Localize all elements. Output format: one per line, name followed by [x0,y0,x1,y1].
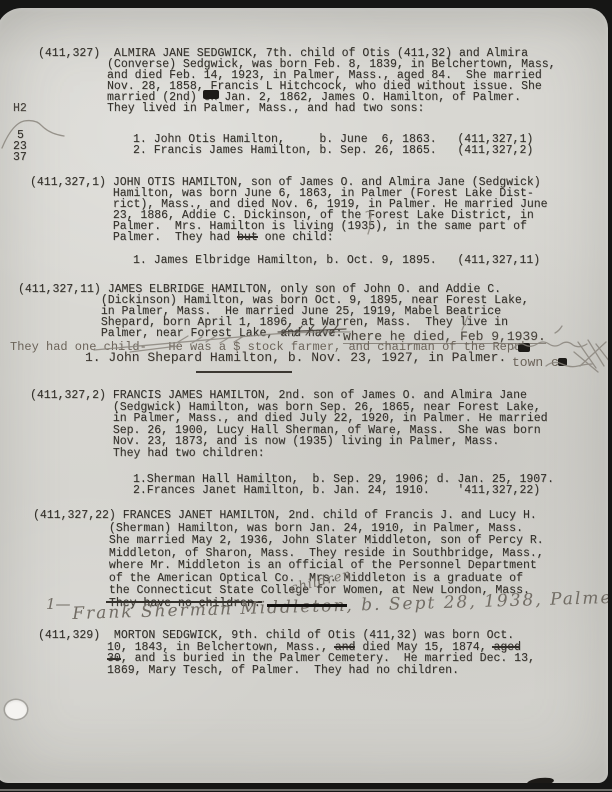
typed-line: 1. James Elbridge Hamilton, b. Oct. 9, 1… [133,255,540,266]
typed-line: 1869, Mary Tesch, of Palmer. They had no… [38,665,535,677]
genealogy-entry-411-329: (411,329) MORTON SEDGWICK, 9th. child of… [38,630,535,676]
children-list-411-327-2: 1.Sherman Hall Hamilton, b. Sep. 29, 190… [133,474,554,496]
typed-line: 2.Frances Janet Hamilton, b. Jan. 24, 19… [133,485,554,496]
children-list-411-327-11: 1. John Shepard Hamilton, b. Nov. 23, 19… [85,352,506,363]
margin-mark-h2: H2 [13,103,27,114]
typed-line: (411,327,22) FRANCES JANET HAMILTON, 2nd… [33,510,544,523]
trailing-note-town-committee: town c [512,357,559,368]
children-list-411-327-1: 1. James Elbridge Hamilton, b. Oct. 9, 1… [133,255,540,266]
typed-line: She married May 2, 1936, John Slater Mid… [33,535,544,548]
document-page: H2 5 23 37 (411,327) ALMIRA JANE SEDGWIC… [0,8,608,783]
pencil-tick-after-1939 [555,326,562,333]
genealogy-entry-411-327-1: (411,327,1) JOHN OTIS HAMILTON, son of J… [30,177,548,243]
typed-line: They lived in Palmer, Mass., and had two… [38,103,556,114]
typed-line: 2. Francis James Hamilton, b. Sep. 26, 1… [133,145,533,156]
heavy-section-divider [267,604,347,607]
section-divider [196,371,292,373]
typed-line: They had two children: [30,448,548,460]
strikethrough-aged [492,646,520,648]
genealogy-entry-411-327: (411,327) ALMIRA JANE SEDGWICK, 7th. chi… [38,48,556,114]
typed-line: 1. John Shepard Hamilton, b. Nov. 23, 19… [85,352,506,363]
typed-line: Palmer. They had but one child: [30,232,548,243]
genealogy-entry-411-327-2: (411,327,2) FRANCIS JAMES HAMILTON, 2nd.… [30,390,548,460]
children-list-411-327: 1. John Otis Hamilton, b. June 6, 1863. … [133,134,533,156]
typed-line: where Mr. Middleton is an official of th… [33,560,544,573]
punch-hole [5,700,27,719]
strikethrough-but [237,236,258,238]
margin-mark-37: 37 [13,152,27,163]
ink-blot-repub [518,343,530,352]
ink-smudge-bottom [527,776,555,783]
typed-line: (411,329) MORTON SEDGWICK, 9th. child of… [38,630,535,642]
next-page-edge [0,789,612,791]
pencil-check-under-h2 [2,121,64,148]
scanned-document-background: H2 5 23 37 (411,327) ALMIRA JANE SEDGWIC… [0,0,612,792]
strikethrough-and [334,646,355,648]
pencil-hatch-right-edge [574,340,608,372]
handwritten-child-number: 1— [46,595,71,613]
ink-blot-town [558,358,567,366]
typed-line: (411,327,2) FRANCIS JAMES HAMILTON, 2nd.… [30,390,548,402]
ink-blot-over-word [203,90,219,99]
page-content: H2 5 23 37 (411,327) ALMIRA JANE SEDGWIC… [0,8,608,783]
strikethrough-30 [107,658,121,660]
